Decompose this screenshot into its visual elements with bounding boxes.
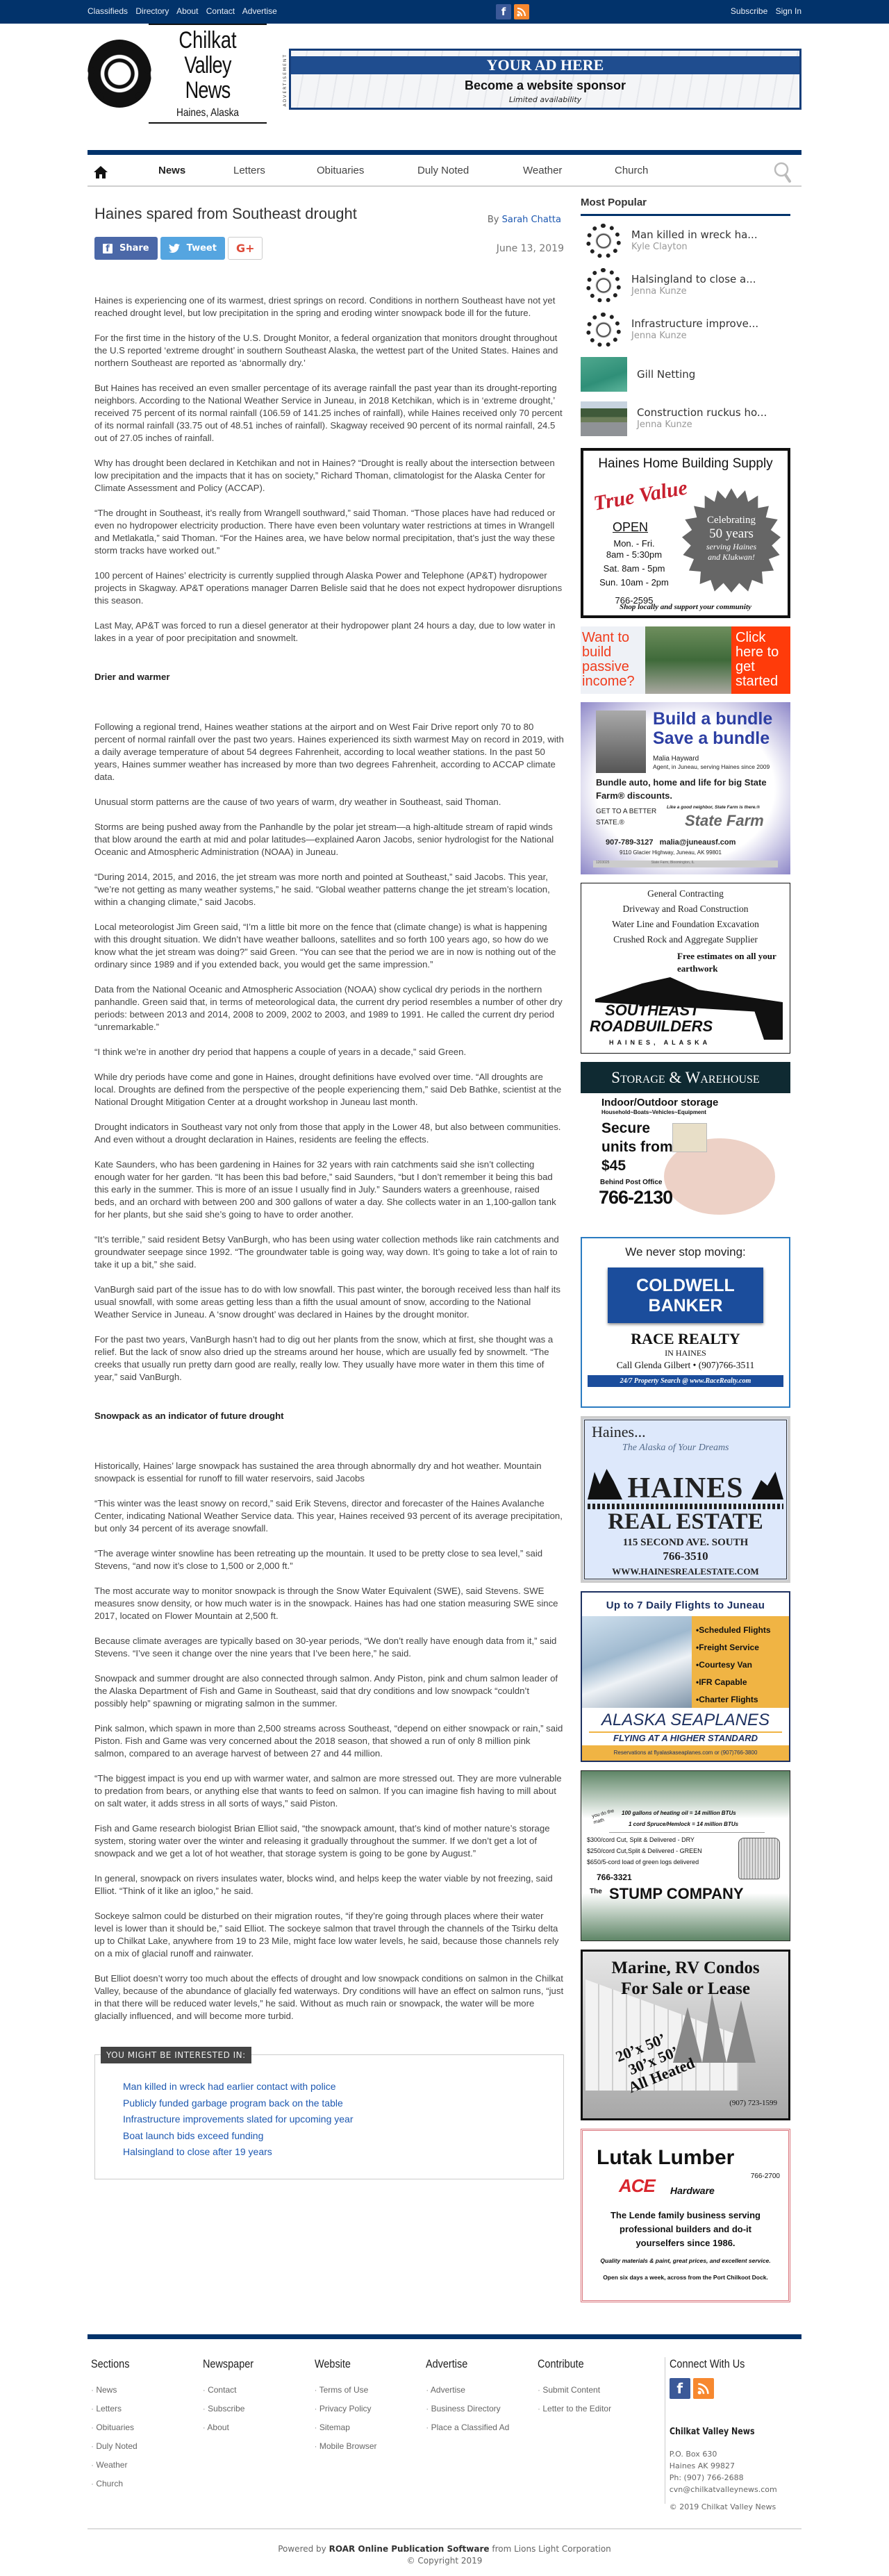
popular-item[interactable]: Gill Netting [581, 352, 797, 397]
ad-true-value[interactable]: Haines Home Building Supply True Value O… [581, 448, 790, 618]
powered-by: Powered by ROAR Online Publication Softw… [88, 2528, 801, 2576]
top-link-contact[interactable]: Contact [206, 6, 235, 16]
article-paragraph: “This winter was the least snowy on reco… [94, 1497, 564, 1535]
popular-author: Jenna Kunze [637, 419, 767, 431]
as-slogan: FLYING AT A HIGHER STANDARD [589, 1731, 782, 1743]
article-column: Haines spared from Southeast drought By … [88, 197, 574, 2311]
article-paragraph: Because climate averages are typically b… [94, 1635, 564, 1660]
as-service: •Scheduled Flights [696, 1622, 785, 1639]
rss-icon[interactable] [514, 4, 529, 19]
ad-passive-income[interactable]: Want to build passive income? Click here… [581, 626, 790, 694]
twitter-icon [169, 244, 180, 253]
article-paragraph: “I think we’re in another dry period tha… [94, 1046, 564, 1058]
google-plus-button[interactable]: G+ [228, 237, 263, 260]
most-popular-list: Man killed in wreck ha...Kyle Clayton Ha… [581, 219, 797, 441]
logo-thumb-icon [586, 268, 621, 303]
sf-address: 9110 Glacier Highway, Juneau, AK 99801 [620, 849, 722, 856]
footer-link[interactable]: Terms of Use [315, 2385, 423, 2395]
footer-link[interactable]: Letter to the Editor [538, 2404, 646, 2413]
logo-seal-icon [88, 40, 151, 108]
footer-link[interactable]: Church [91, 2479, 199, 2488]
ad-lutak-lumber[interactable]: Lutak Lumber 766-2700 ACE Hardware The L… [581, 2129, 790, 2302]
sf-pitch: Bundle auto, home and life for big State… [596, 776, 776, 802]
footer-col-contribute: Contribute Submit Content Letter to the … [534, 2357, 646, 2504]
byline-prefix: By [488, 215, 499, 225]
facebook-icon[interactable]: f [670, 2378, 690, 2399]
rb-line: Driveway and Road Construction [581, 901, 790, 917]
cb-top: We never stop moving: [582, 1245, 789, 1259]
article-paragraph: Last May, AP&T was forced to run a diese… [94, 620, 564, 645]
header-ad-banner[interactable]: ADVERTISEMENT YOUR AD HERE Become a webs… [289, 49, 801, 110]
st-phone: 766-3321 [597, 1872, 632, 1882]
footer-email-link[interactable]: cvn@chilkatvalleynews.com [670, 2484, 801, 2495]
sw-line: Behind Post Office [600, 1179, 662, 1186]
st-price: $250/cord Cut,Split & Delivered - GREEN [587, 1847, 702, 1854]
article-paragraph: Haines is experiencing one of its warmes… [94, 294, 564, 319]
mc-line: Marine, RV Condos [583, 1959, 788, 1978]
footer-col-title: Sections [91, 2357, 183, 2371]
footer-link[interactable]: Letters [91, 2404, 199, 2413]
celebrating-starburst: Celebrating 50 years serving Haines and … [682, 488, 781, 592]
st-price: $300/cord Cut, Split & Delivered - DRY [587, 1836, 695, 1843]
cb-sub: IN HAINES [582, 1348, 789, 1358]
stump-axe-graphic [738, 1838, 780, 1879]
ad-storage-warehouse[interactable]: Storage & Warehouse Indoor/Outdoor stora… [581, 1062, 790, 1229]
ll-name: Lutak Lumber [597, 2146, 734, 2170]
waves-graphic [588, 1504, 783, 1509]
ad-subtitle: Limited availability [291, 95, 799, 104]
ad-tv-hours: 8am - 5:30pm [596, 549, 672, 560]
ll-body: The Lende family business serving profes… [604, 2209, 767, 2250]
powered-suffix: from Lions Light Corporation [492, 2544, 610, 2554]
rb-free: Free estimates on all your earthwork [677, 950, 781, 975]
article-paragraph: “The drought in Southeast, it’s really f… [94, 507, 564, 557]
cb-brand: COLDWELL [608, 1276, 763, 1296]
ad-tv-title: Haines Home Building Supply [583, 456, 788, 472]
article-paragraph: VanBurgh said part of the issue has to d… [94, 1283, 564, 1321]
star-line: and Klukwan! [682, 552, 781, 563]
article-title: Haines spared from Southeast drought [94, 205, 357, 223]
logo-line-3: Haines, Alaska [158, 107, 258, 119]
sf-agent: Malia Hayward [653, 755, 699, 763]
section-heading: Drier and warmer [94, 671, 564, 683]
ad-state-farm[interactable]: Build a bundle Save a bundle Malia Haywa… [581, 702, 790, 874]
ad-coldwell-banker[interactable]: We never stop moving: COLDWELL BANKER RA… [581, 1237, 790, 1408]
article-paragraph: Snowpack and summer drought are also con… [94, 1672, 564, 1710]
footer-link[interactable]: Obituaries [91, 2423, 199, 2432]
st-math: you do the math [591, 1806, 621, 1826]
article-paragraph: Data from the National Oceanic and Atmos… [94, 983, 564, 1033]
ad-tag: ADVERTISEMENT [283, 53, 288, 106]
facebook-icon[interactable]: f [496, 4, 511, 19]
coldwell-banker-logo: COLDWELL BANKER [608, 1268, 763, 1323]
st-line: 100 gallons of heating oil = 14 million … [622, 1810, 736, 1816]
sw-title: Storage & Warehouse [581, 1062, 790, 1093]
home-icon[interactable] [93, 165, 108, 180]
ad-tv-footer: Shop locally and support your community [583, 603, 788, 611]
popular-item[interactable]: Construction ruckus ho...Jenna Kunze [581, 397, 797, 441]
ad-tv-hours: Sun. 10am - 2pm [596, 577, 672, 588]
ll-phone: 766-2700 [751, 2172, 780, 2180]
logo-line-2: Valley News [160, 53, 255, 103]
as-service: •IFR Capable [696, 1674, 785, 1691]
top-link-directory[interactable]: Directory [135, 6, 169, 16]
ad-southeast-roadbuilders[interactable]: General Contracting Driveway and Road Co… [581, 883, 790, 1054]
footer-col-website: Website Terms of Use Privacy Policy Site… [311, 2357, 423, 2504]
article-paragraph: Storms are being pushed away from the Pa… [94, 821, 564, 858]
related-link[interactable]: Boat launch bids exceed funding [123, 2128, 563, 2145]
popular-item[interactable]: Man killed in wreck ha...Kyle Clayton [581, 219, 797, 263]
sf-contact: 907-789-3127 malia@juneausf.com [606, 838, 736, 847]
byline: By Sarah Chatta [488, 215, 564, 225]
as-services: •Scheduled Flights •Freight Service •Cou… [692, 1616, 789, 1708]
section-heading: Snowpack as an indicator of future droug… [94, 1410, 564, 1422]
tweet-button[interactable]: Tweet [160, 237, 225, 260]
powered-prefix: Powered by [278, 2544, 326, 2554]
sf-better: GET TO A BETTER STATE.® [596, 806, 661, 829]
star-line: serving Haines [682, 542, 781, 552]
article-paragraph: For the past two years, VanBurgh hasn’t … [94, 1333, 564, 1383]
footer-link[interactable]: News [91, 2385, 199, 2395]
ace-logo: ACE [619, 2175, 655, 2197]
popular-item[interactable]: Halsingland to close a...Jenna Kunze [581, 263, 797, 308]
article-paragraph: “The biggest impact is you end up with w… [94, 1772, 564, 1810]
as-photo [582, 1616, 692, 1708]
related-link[interactable]: Infrastructure improvements slated for u… [123, 2111, 563, 2128]
hre-line: WWW.HAINESREALESTATE.COM [583, 1566, 788, 1577]
footer-link[interactable]: Duly Noted [91, 2441, 199, 2451]
ad-pi-left: Want to build passive income? [581, 626, 645, 694]
site-logo[interactable]: Chilkat Valley News Haines, Alaska [88, 36, 267, 111]
footer-link[interactable]: Contact [203, 2385, 311, 2395]
agent-photo [596, 711, 646, 773]
rb-line: Crushed Rock and Aggregate Supplier [581, 932, 790, 947]
article-paragraph: But Haines has received an even smaller … [94, 382, 564, 444]
article-paragraph: Unusual storm patterns are the cause of … [94, 796, 564, 808]
sf-legal: State Farm, Bloomington, IL [651, 861, 694, 867]
ll-quality: Quality materials & paint, great prices,… [583, 2257, 788, 2264]
ad-stump-company[interactable]: you do the math 100 gallons of heating o… [581, 1770, 790, 1941]
top-link-about[interactable]: About [176, 6, 198, 16]
nav-weather[interactable]: Weather [523, 165, 615, 176]
article-paragraph: For the first time in the history of the… [94, 332, 564, 369]
related-link[interactable]: Publicly funded garbage program back on … [123, 2095, 563, 2112]
ad-title: Become a website sponsor [291, 78, 799, 93]
subscribe-link[interactable]: Subscribe [731, 6, 767, 16]
ad-pi-photo [645, 626, 731, 694]
article-paragraph: Historically, Haines’ large snowpack has… [94, 1460, 564, 1485]
footer-address: P.O. Box 630 [670, 2448, 801, 2460]
footer-phone: Ph: (907) 766-2688 [670, 2472, 801, 2484]
article-paragraph: Sockeye salmon could be disturbed on the… [94, 1910, 564, 1960]
article-paragraph: “The average winter snowline has been re… [94, 1547, 564, 1572]
hre-line: REAL ESTATE [583, 1509, 788, 1535]
article-paragraph: Local meteorologist Jim Green said, “I’m… [94, 921, 564, 971]
ad-marine-rv-condos[interactable]: Marine, RV Condos For Sale or Lease 20’x… [581, 1950, 790, 2120]
related-articles: YOU MIGHT BE INTERESTED IN: Man killed i… [94, 2054, 564, 2179]
footer-connect: Connect With Us f Chilkat Valley News P.… [665, 2357, 801, 2504]
footer-col-title: Advertise [426, 2357, 517, 2371]
article-paragraph: “It’s terrible,” said resident Betsy Van… [94, 1233, 564, 1271]
footer-address: Haines AK 99827 [670, 2460, 801, 2472]
article-paragraph: Pink salmon, which spawn in more than 2,… [94, 1722, 564, 1760]
popular-title: Infrastructure improve... [631, 317, 758, 330]
ad-tv-hours: Mon. - Fri. [596, 538, 672, 549]
st-name: STUMP COMPANY [609, 1885, 744, 1903]
sf-code: 1203025 [596, 861, 609, 867]
hre-line: 115 SECOND AVE. SOUTH [583, 1537, 788, 1549]
construction-photo [581, 401, 627, 436]
powered-name: ROAR Online Publication Software [329, 2544, 490, 2554]
footer-org-name: Chilkat Valley News [670, 2427, 782, 2437]
ad-tv-open: OPEN [613, 520, 648, 535]
roar-link[interactable]: ROAR Online Publication Software [329, 2544, 490, 2554]
article-paragraph: While dry periods have come and gone in … [94, 1071, 564, 1108]
as-service: •Freight Service [696, 1639, 785, 1656]
footer-link[interactable]: Subscribe [203, 2404, 311, 2413]
rb-line: Water Line and Foundation Excavation [581, 917, 790, 932]
footer-col-newspaper: Newspaper Contact Subscribe About [199, 2357, 311, 2504]
site-footer: Sections News Letters Obituaries Duly No… [88, 2334, 801, 2576]
popular-title: Man killed in wreck ha... [631, 228, 758, 241]
footer-col-advertise: Advertise Advertise Business Directory P… [422, 2357, 534, 2504]
footer-col-title: Contribute [538, 2357, 629, 2371]
as-brand: ALASKA SEAPLANES [582, 1711, 789, 1730]
article-date: June 13, 2019 [497, 243, 564, 254]
footer-link[interactable]: Advertise [426, 2385, 534, 2395]
st-the: The [590, 1888, 602, 1895]
rb-name: ROADBUILDERS [590, 1017, 713, 1036]
popular-item[interactable]: Infrastructure improve...Jenna Kunze [581, 308, 797, 352]
nav-obituaries[interactable]: Obituaries [317, 165, 417, 176]
logo-line-1: Chilkat [160, 28, 255, 53]
popular-author: Kyle Clayton [631, 241, 758, 254]
article-paragraph: “During 2014, 2015, and 2016, the jet st… [94, 871, 564, 908]
star-line: 50 years [682, 526, 781, 542]
article-paragraph: Following a regional trend, Haines weath… [94, 721, 564, 783]
as-top: Up to 7 Daily Flights to Juneau [582, 1599, 789, 1611]
nav-letters[interactable]: Letters [233, 165, 317, 176]
article-body: Haines is experiencing one of its warmes… [94, 294, 564, 2022]
tweet-label: Tweet [187, 243, 217, 254]
popular-title: Construction ruckus ho... [637, 406, 767, 419]
related-link[interactable]: Man killed in wreck had earlier contact … [123, 2079, 563, 2095]
footer-link[interactable]: Submit Content [538, 2385, 646, 2395]
share-label: Share [119, 243, 149, 254]
rb-line: General Contracting [581, 886, 790, 901]
top-bar: Classifieds Directory About Contact Adve… [0, 0, 889, 24]
top-links: Classifieds Directory About Contact Adve… [88, 6, 283, 16]
as-res: Reservations at flyalaskaseaplanes.com o… [582, 1745, 789, 1761]
sw-line: Secure units from $45 [601, 1119, 678, 1175]
hre-line: 766-3510 [583, 1549, 788, 1563]
footer-link[interactable]: Privacy Policy [315, 2404, 423, 2413]
footer-col-sections: Sections News Letters Obituaries Duly No… [88, 2357, 199, 2504]
footer-link[interactable]: Business Directory [426, 2404, 534, 2413]
sidebar: Most Popular Man killed in wreck ha...Ky… [576, 197, 797, 2311]
popular-author: Jenna Kunze [631, 285, 756, 298]
footer-link[interactable]: Mobile Browser [315, 2441, 423, 2451]
cb-name: RACE REALTY [582, 1330, 789, 1348]
ad-haines-real-estate[interactable]: Haines... The Alaska of Your Dreams HAIN… [581, 1416, 790, 1583]
top-link-advertise[interactable]: Advertise [242, 6, 277, 16]
mc-line: For Sale or Lease [583, 1979, 788, 1999]
facebook-icon: f [103, 244, 113, 254]
cb-call: Call Glenda Gilbert • (907)766-3511 [582, 1360, 789, 1371]
main-nav: News Letters Obituaries Duly Noted Weath… [88, 150, 801, 187]
gill-netting-photo [581, 357, 627, 392]
rss-icon[interactable] [693, 2378, 714, 2399]
ll-hardware: Hardware [670, 2185, 715, 2196]
hre-line: The Alaska of Your Dreams [622, 1443, 729, 1454]
article-paragraph: 100 percent of Haines’ electricity is cu… [94, 570, 564, 607]
logo-thumb-icon [586, 313, 621, 347]
true-value-logo: True Value [592, 476, 689, 515]
site-copyright: © Copyright 2019 [88, 2555, 801, 2567]
st-price: $650/5-cord load of green logs delivered [587, 1859, 699, 1865]
footer-link[interactable]: About [203, 2423, 311, 2432]
article-paragraph: The most accurate way to monitor snowpac… [94, 1585, 564, 1622]
star-line: Celebrating [682, 515, 781, 526]
footer-col-title: Newspaper [203, 2357, 294, 2371]
popular-title: Halsingland to close a... [631, 273, 756, 285]
footer-link[interactable]: Place a Classified Ad [426, 2423, 534, 2432]
site-header: Chilkat Valley News Haines, Alaska ADVER… [88, 24, 801, 119]
ad-headline: YOUR AD HERE [291, 56, 799, 74]
sf-headline: Save a bundle [653, 729, 770, 748]
cb-bar: 24/7 Property Search @ www.RaceRealty.co… [588, 1375, 783, 1387]
article-paragraph: Drought indicators in Southeast vary not… [94, 1121, 564, 1146]
most-popular-title: Most Popular [581, 197, 790, 216]
sw-line: Household~Boats~Vehicles~Equipment [601, 1109, 706, 1115]
ll-open: Open six days a week, across from the Po… [583, 2274, 788, 2281]
footer-col-title: Website [315, 2357, 406, 2371]
hre-line: HAINES [583, 1472, 788, 1505]
sf-agent-sub: Agent, in Juneau, serving Haines since 2… [653, 763, 770, 770]
as-service: •Charter Flights [696, 1691, 785, 1709]
logo-thumb-icon [586, 224, 621, 258]
connect-title: Connect With Us [670, 2357, 782, 2371]
popular-author: Jenna Kunze [631, 330, 758, 342]
article-paragraph: Kate Saunders, who has been gardening in… [94, 1158, 564, 1221]
st-divider [609, 1832, 765, 1833]
nav-duly-noted[interactable]: Duly Noted [417, 165, 523, 176]
article-paragraph: In general, snowpack on rivers insulates… [94, 1872, 564, 1897]
nav-church[interactable]: Church [615, 165, 648, 176]
sf-legal-bar: 1203025 State Farm, Bloomington, IL [593, 861, 778, 867]
as-service: •Courtesy Van [696, 1656, 785, 1674]
popular-title: Gill Netting [637, 368, 695, 381]
sf-headline: Build a bundle [653, 709, 772, 729]
article-paragraph: But Elliot doesn’t worry too much about … [94, 1972, 564, 2022]
sf-tagline: Like a good neighbor, State Farm is ther… [667, 805, 760, 810]
sw-line: Indoor/Outdoor storage [601, 1097, 718, 1108]
search-icon[interactable] [774, 162, 792, 183]
footer-link[interactable]: Weather [91, 2460, 199, 2470]
author-link[interactable]: Sarah Chatta [502, 215, 561, 225]
top-link-classifieds[interactable]: Classifieds [88, 6, 128, 16]
rb-loc: HAINES, ALASKA [609, 1039, 711, 1046]
related-link[interactable]: Halsingland to close after 19 years [123, 2144, 563, 2161]
article-paragraph: Why has drought been declared in Ketchik… [94, 457, 564, 495]
ad-tv-hours: Sat. 8am - 5pm [596, 563, 672, 574]
article-paragraph: Fish and Game research biologist Brian E… [94, 1822, 564, 1860]
sw-phone: 766-2130 [599, 1187, 672, 1208]
footer-link[interactable]: Sitemap [315, 2423, 423, 2432]
related-label: YOU MIGHT BE INTERESTED IN: [101, 2047, 251, 2063]
sign-in-link[interactable]: Sign In [776, 6, 801, 16]
state-farm-logo: State Farm [685, 812, 764, 830]
ad-alaska-seaplanes[interactable]: Up to 7 Daily Flights to Juneau •Schedul… [581, 1591, 790, 1762]
cb-brand: BANKER [608, 1296, 763, 1316]
hre-line: Haines... [592, 1423, 646, 1441]
st-line: 1 cord Spruce/Hemlock = 14 million BTUs [629, 1821, 738, 1827]
nav-news[interactable]: News [158, 165, 233, 176]
facebook-share-button[interactable]: f Share [94, 237, 158, 260]
footer-copyright: © 2019 Chilkat Valley News [670, 2502, 801, 2511]
ad-pi-right: Click here to get started [731, 626, 790, 694]
mc-phone: (907) 723-1599 [729, 2099, 777, 2107]
